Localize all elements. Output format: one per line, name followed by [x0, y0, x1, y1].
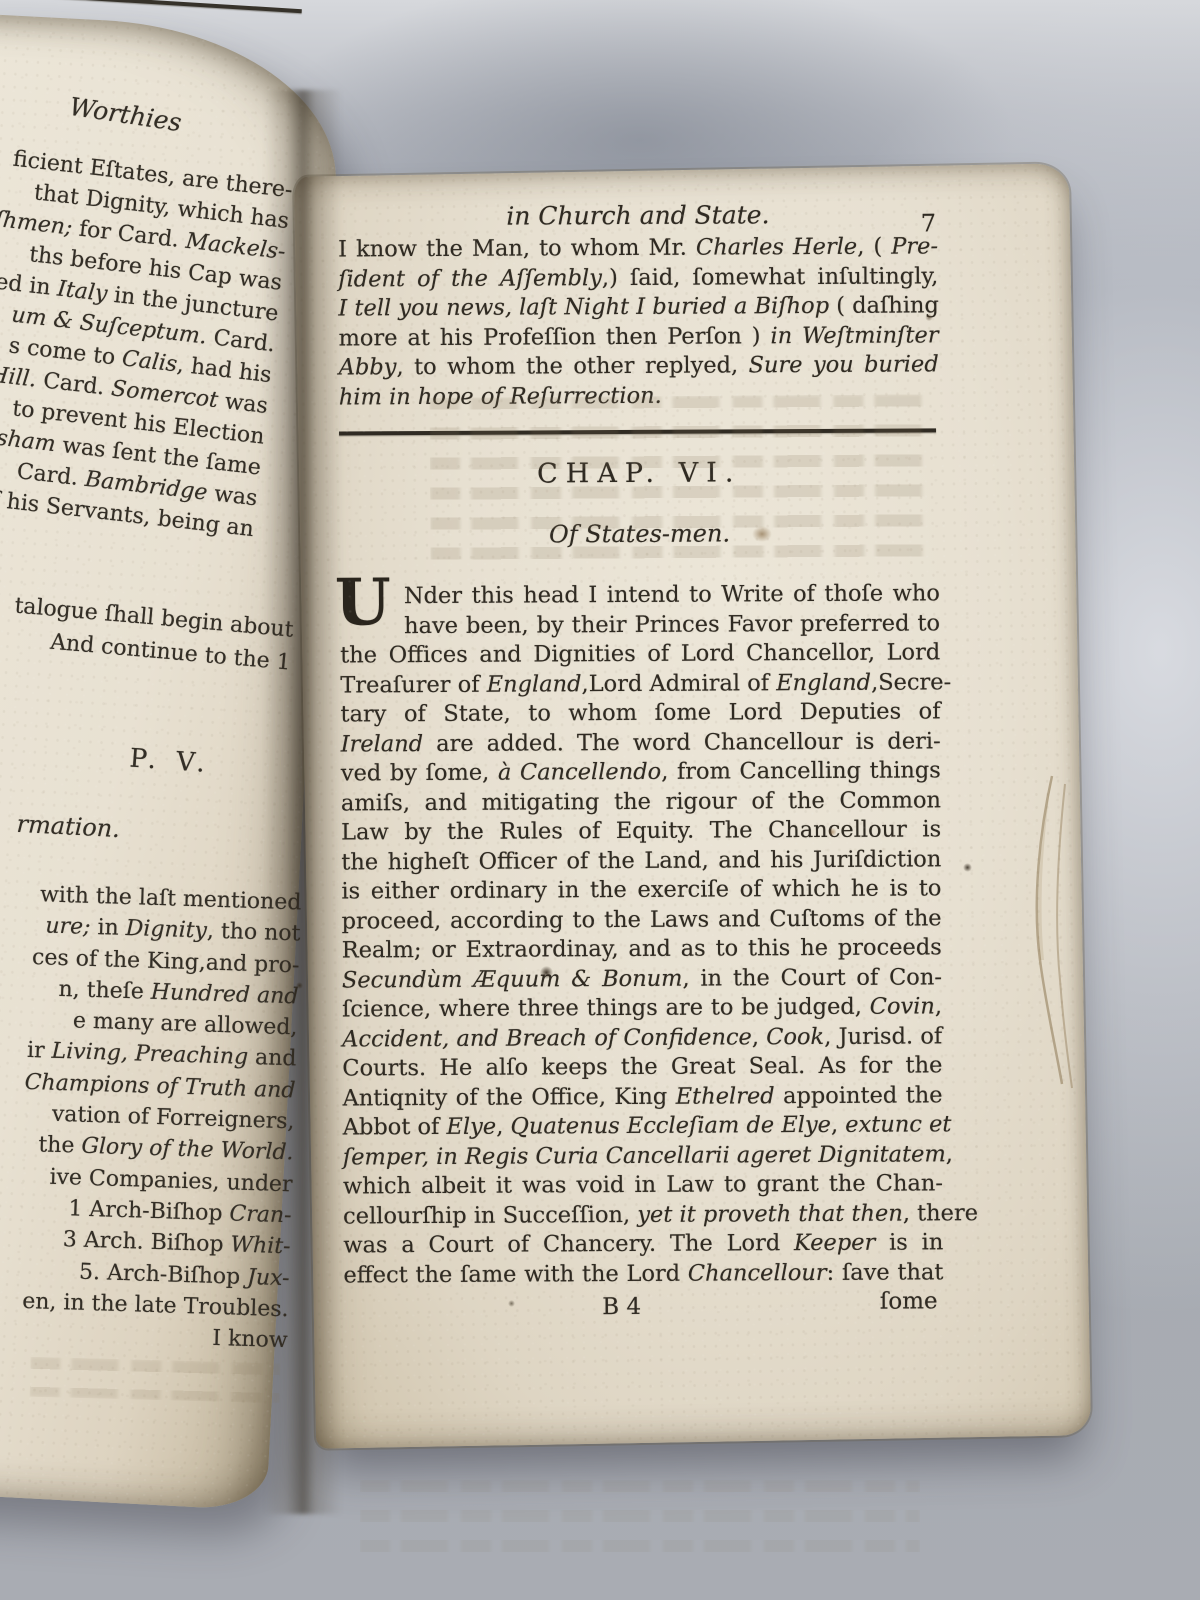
text-segment: the higheſt Officer of the Land, and his…: [341, 846, 941, 875]
text-segment: Nder this head I intend to Write of thoſ…: [404, 580, 940, 609]
text-line: Law by the Rules of Equity. The Chancell…: [341, 815, 941, 848]
text-segment: Antiqnity of the Office, King: [342, 1083, 675, 1111]
text-segment: ,: [752, 1024, 767, 1050]
running-header: in Church and State. 7: [338, 199, 938, 232]
text-segment: Abbot of: [343, 1114, 447, 1141]
text-segment: ,: [946, 1141, 953, 1167]
italic-text-segment: Glory of the World.: [81, 1134, 294, 1166]
text-line: Accident, and Breach of Confidence, Cook…: [342, 1022, 942, 1055]
left-separator-rule: [0, 0, 302, 13]
text-line: Courts. He alſo keeps the Great Seal. As…: [342, 1051, 942, 1084]
text-segment: ces of the King,and pro-: [32, 945, 300, 978]
italic-text-segment: England: [487, 671, 582, 697]
text-segment: was: [223, 389, 269, 419]
text-segment: Card.: [205, 325, 276, 358]
text-line: Ireland are added. The word Chancellour …: [341, 727, 941, 760]
text-segment: 5. Arch-Biſhop: [79, 1259, 248, 1289]
italic-text-segment: I tell you news, laſt Night I buried a B…: [338, 293, 829, 322]
text-line: more at his Profeſſion then Perſon ) in …: [338, 321, 938, 354]
italic-text-segment: Ethelred: [676, 1083, 775, 1110]
text-line: Antiqnity of the Office, King Ethelred a…: [342, 1081, 942, 1114]
italic-text-segment: Pre-: [891, 233, 938, 259]
italic-text-segment: Quatenus Eccleſiam de Elye: [510, 1112, 831, 1140]
italic-text-segment: ſhmen;: [0, 207, 81, 241]
text-segment: amiſs, and mitigating the rigour of the …: [341, 787, 941, 816]
text-segment: are added. The word Chancellour is deri-: [423, 728, 941, 757]
printer-signature: B 4: [322, 1291, 922, 1324]
running-header-title: in Church and State.: [506, 200, 769, 230]
italic-text-segment: ſident of the Aſſembly: [338, 265, 602, 292]
text-segment: is either ordinary in the exerciſe of wh…: [341, 875, 941, 904]
text-line: the Offices and Dignities of Lord Chance…: [340, 638, 940, 671]
italic-text-segment: Hundred and: [151, 980, 299, 1010]
italic-text-segment: extunc et: [845, 1111, 951, 1138]
text-line: Realm; or Extraordinay, and as to this h…: [342, 933, 942, 966]
text-segment: ,Secre-: [871, 669, 951, 695]
book-photo: { "book": { "colors": { "paper": "#e7e0d…: [0, 0, 1200, 1600]
italic-text-segment: Charles Herle: [696, 234, 857, 261]
italic-text-segment: ſemper, in Regis Curia Cancellarii agere…: [343, 1141, 946, 1170]
text-segment: , there: [903, 1200, 978, 1226]
text-line: have been, by their Princes Favor prefer…: [340, 609, 940, 642]
text-segment: e many are allowed,: [73, 1009, 298, 1041]
text-line: ſemper, in Regis Curia Cancellarii agere…: [343, 1140, 943, 1173]
italic-text-segment: Calis: [121, 346, 179, 377]
text-segment: the Offices and Dignities of Lord Chance…: [340, 639, 940, 668]
text-segment: in: [97, 915, 126, 941]
italic-text-segment: Ireland: [341, 731, 424, 757]
right-page-text-layer: in Church and State. 7 I know the Man, t…: [338, 169, 945, 1444]
text-segment: Courts. He alſo keeps the Great Seal. As…: [342, 1052, 942, 1081]
catchword: ſome: [880, 1287, 938, 1317]
text-segment: 3 Arch. Biſhop: [62, 1227, 230, 1257]
text-line: cellourſhip in Succeſſion, yet it provet…: [343, 1199, 943, 1232]
italic-text-segment: Abby: [339, 354, 397, 380]
right-page: in Church and State. 7 I know the Man, t…: [294, 163, 1091, 1448]
italic-text-segment: Accident, and Breach of Confidence: [342, 1024, 752, 1052]
italic-text-segment: Chancellour: [688, 1259, 827, 1286]
text-segment: appointed the: [775, 1082, 943, 1109]
left-text-block-lower: with the laſt mentionedure; in Dignity, …: [0, 878, 306, 1357]
italic-text-segment: Elye: [446, 1114, 496, 1140]
text-segment: Treaſurer of: [340, 671, 486, 698]
text-segment: ved by ſome,: [341, 760, 498, 787]
italic-text-segment: Secundùm Æquum & Bonum: [342, 965, 683, 993]
text-segment: ,: [831, 1112, 845, 1138]
italic-text-segment: Champions of Truth and: [24, 1070, 296, 1103]
italic-text-segment: Sure you buried: [749, 351, 939, 378]
text-line: Nder this head I intend to Write of thoſ…: [340, 579, 940, 612]
text-segment: was: [213, 482, 259, 512]
text-segment: the: [38, 1133, 82, 1159]
text-line: I tell you news, laſt Night I buried a B…: [338, 291, 938, 324]
italic-text-segment: Whit-: [230, 1233, 291, 1260]
chapter-subheading: Of States-men.: [340, 518, 940, 551]
text-segment: , from Cancelling things: [661, 757, 941, 784]
text-segment: ,: [935, 993, 942, 1019]
text-line: him in hope of Reſurrection.: [339, 380, 939, 413]
italic-text-segment: Dignity: [125, 916, 207, 944]
text-line: the higheſt Officer of the Land, and his…: [341, 845, 941, 878]
intro-paragraph: I know the Man, to whom Mr. Charles Herl…: [338, 232, 939, 412]
text-segment: ( daſhing: [829, 292, 939, 319]
text-segment: tary of State, to whom ſome Lord Deputie…: [340, 698, 940, 727]
text-line: tary of State, to whom ſome Lord Deputie…: [340, 697, 940, 730]
text-segment: Law by the Rules of Equity. The Chancell…: [341, 816, 941, 845]
italic-text-segment: Jux-: [247, 1265, 290, 1291]
text-line: ſident of the Aſſembly,) ſaid, ſomewhat …: [338, 262, 938, 295]
text-line: Treaſurer of England,Lord Admiral of Eng…: [340, 668, 940, 701]
text-segment: have been, by their Princes Favor prefer…: [404, 610, 940, 639]
italic-text-segment: Italy: [56, 277, 116, 308]
text-segment: vation of Forreigners,: [52, 1102, 295, 1135]
text-line: which albeit it was void in Law to grant…: [343, 1169, 943, 1202]
text-segment: effect the ſame with the Lord: [343, 1260, 688, 1288]
text-segment: , tho not: [207, 919, 301, 947]
bleed-through-text: [360, 1480, 920, 1570]
text-line: proceed, according to the Laws and Cuſto…: [342, 904, 942, 937]
italic-text-segment: Cook: [766, 1023, 824, 1049]
text-segment: I know: [212, 1326, 288, 1353]
text-segment: died in: [0, 267, 59, 301]
text-line: Abby, to whom the other replyed, Sure yo…: [339, 350, 939, 383]
left-text-block-top: ficient Eſtates, are there-that Dignity,…: [0, 142, 300, 546]
text-line: ſcience, where three things are to be ju…: [342, 992, 942, 1025]
text-line: is either ordinary in the exerciſe of wh…: [341, 874, 941, 907]
italic-text-segment: ure;: [45, 914, 98, 941]
text-segment: which albeit it was void in Law to grant…: [343, 1170, 943, 1199]
text-line: ved by ſome, à Cancellendo, from Cancell…: [341, 756, 941, 789]
text-line: Abbot of Elye, Quatenus Eccleſiam de Ely…: [343, 1110, 943, 1143]
italic-text-segment: à Cancellendo: [498, 759, 661, 786]
text-segment: 1 Arch-Biſhop: [68, 1196, 230, 1226]
text-line: effect the ſame with the Lord Chancellou…: [343, 1258, 943, 1291]
page-footer: B 4 ſome: [344, 1291, 944, 1326]
italic-text-segment: Keeper: [794, 1230, 875, 1256]
text-line: amiſs, and mitigating the rigour of the …: [341, 786, 941, 819]
text-segment: ,) ſaid, ſomewhat inſultingly,: [602, 263, 938, 291]
text-segment: Realm; or Extraordinay, and as to this h…: [342, 934, 942, 963]
separator-rule: [339, 428, 936, 435]
text-segment: ſcience, where three things are to be ju…: [342, 994, 870, 1023]
body-paragraph: Nder this head I intend to Write of thoſ…: [340, 579, 944, 1290]
text-segment: en, in the late Troubles.: [22, 1289, 289, 1322]
text-segment: with the laſt mentioned: [40, 882, 302, 915]
text-segment: more at his Profeſſion then Perſon ): [338, 323, 770, 351]
italic-text-segment: Cran-: [229, 1201, 292, 1228]
text-segment: cellourſhip in Succeſſion,: [343, 1201, 637, 1229]
italic-text-segment: yet it proveth that then: [637, 1200, 903, 1227]
text-segment: I know the Man, to whom Mr.: [338, 235, 696, 263]
italic-text-segment: England: [776, 669, 871, 695]
text-segment: ive Companies, under: [49, 1164, 293, 1197]
text-segment: was a Court of Chancery. The Lord: [343, 1230, 794, 1258]
text-segment: ir: [27, 1038, 52, 1064]
text-segment: and: [255, 1046, 297, 1072]
text-segment: Card.: [16, 459, 87, 492]
text-line: I know the Man, to whom Mr. Charles Herl…: [338, 232, 938, 265]
text-segment: , (: [857, 234, 891, 260]
text-segment: , Jurisd. of: [824, 1023, 942, 1050]
text-segment: ,: [496, 1114, 510, 1140]
italic-text-segment: Covin: [870, 993, 935, 1019]
italic-text-segment: Hill.: [0, 362, 38, 392]
text-segment: ,Lord Admiral of: [581, 670, 776, 697]
text-line: Secundùm Æquum & Bonum, in the Court of …: [342, 963, 942, 996]
italic-text-segment: Living, Preaching: [51, 1039, 255, 1070]
text-segment: proceed, according to the Laws and Cuſto…: [342, 905, 942, 934]
chapter-heading: CHAP. VI.: [339, 457, 939, 490]
italic-text-segment: him in hope of Reſurrection.: [339, 382, 662, 410]
text-segment: is in: [875, 1229, 943, 1255]
text-segment: , in the Court of Con-: [682, 964, 942, 991]
text-segment: n, theſe: [58, 977, 151, 1005]
text-segment: , to whom the other replyed,: [396, 352, 748, 380]
italic-text-segment: in Weſtminſter: [770, 322, 938, 349]
text-line: was a Court of Chancery. The Lord Keeper…: [343, 1228, 943, 1261]
text-segment: : ſave that: [827, 1259, 944, 1286]
